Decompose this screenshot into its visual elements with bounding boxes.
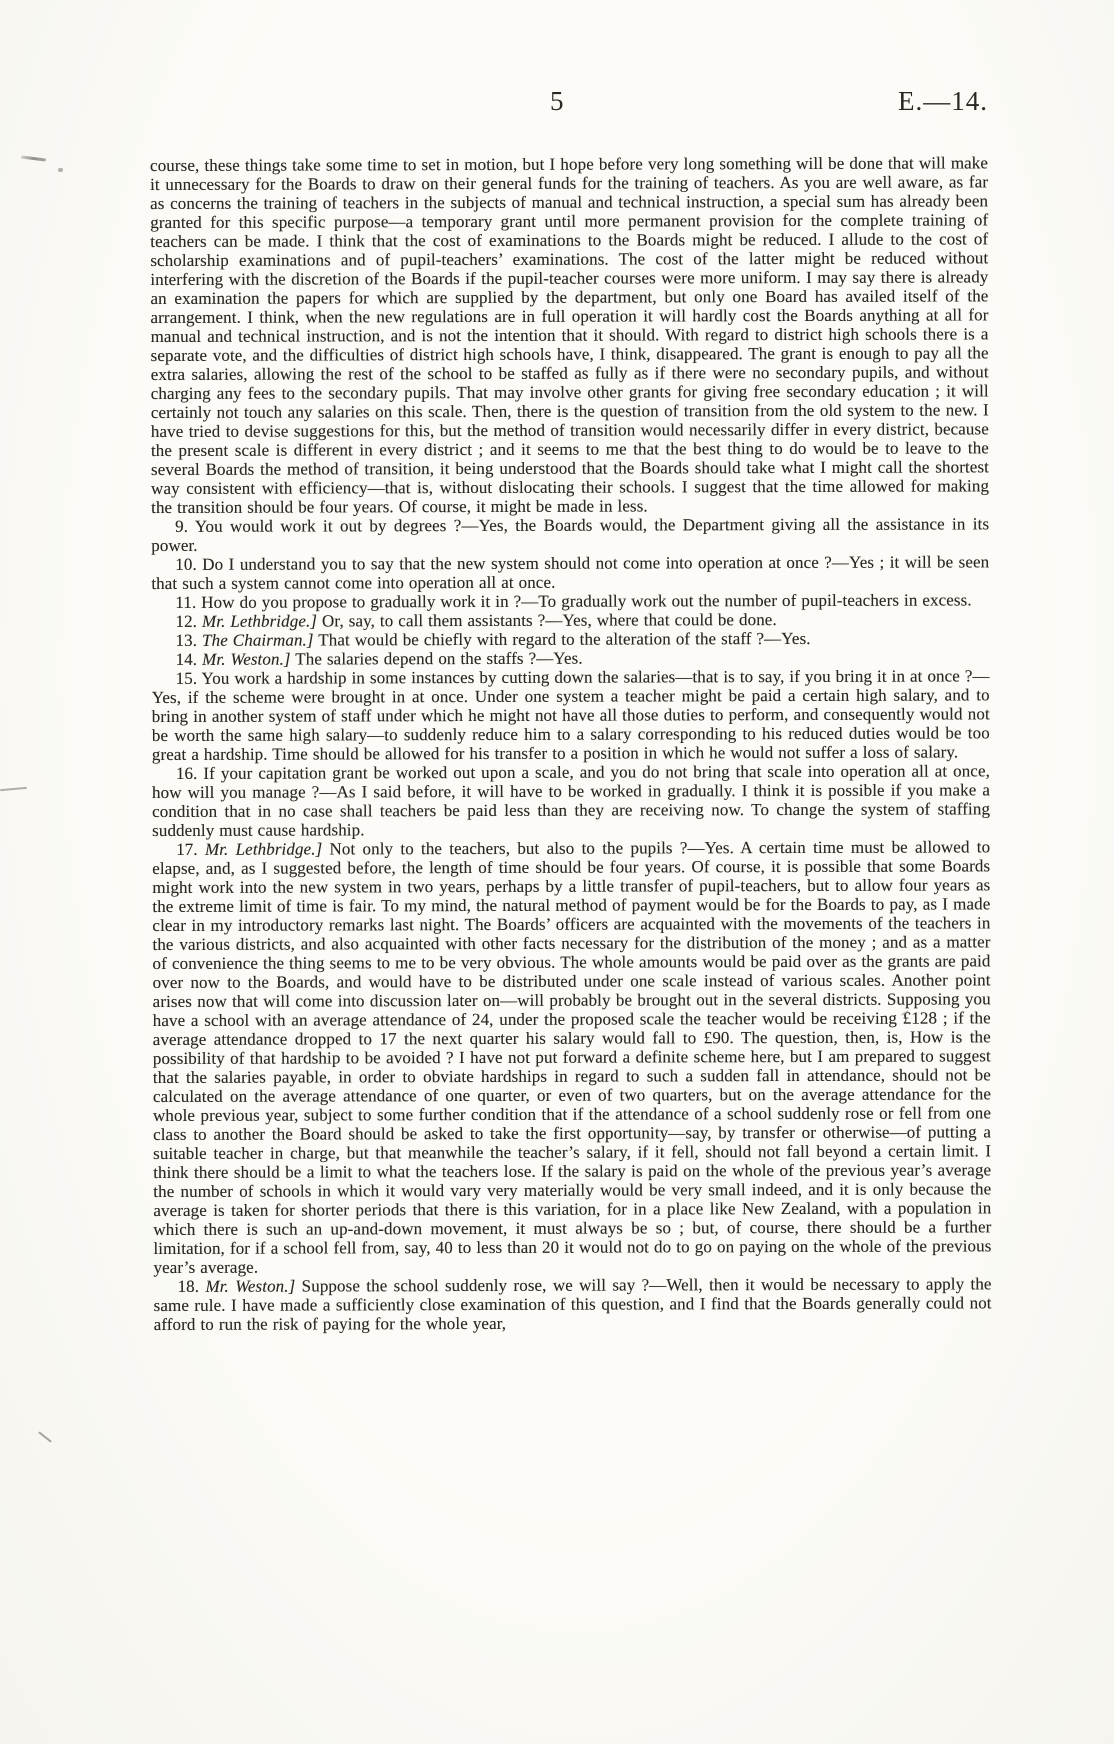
scan-artifact: [21, 155, 46, 161]
scanned-document-page: 5 E.—14. course, these things take some …: [0, 0, 1114, 1744]
document-code: E.—14.: [898, 86, 988, 117]
scan-artifact: [38, 1431, 52, 1442]
speaker-name: The Chairman.]: [202, 630, 314, 649]
paragraph: 11. How do you propose to gradually work…: [151, 590, 989, 612]
paragraph: 16. If your capitation grant be worked o…: [152, 761, 990, 840]
paragraph: 17. Mr. Lethbridge.] Not only to the tea…: [152, 837, 991, 1277]
speaker-name: Mr. Weston.]: [202, 650, 291, 669]
paragraph-text: Not only to the teachers, but also to th…: [152, 837, 991, 1277]
paragraph: 14. Mr. Weston.] The salaries depend on …: [152, 647, 990, 669]
paragraph-text: 9. You would work it out by degrees ?—Ye…: [151, 514, 989, 555]
speaker-name: Mr. Lethbridge.]: [205, 839, 322, 858]
paragraph-text: Or, say, to call them assistants ?—Yes, …: [317, 610, 777, 630]
paragraph-text: That would be chiefly with regard to the…: [314, 629, 811, 650]
paragraph-text: 17.: [176, 840, 205, 859]
scan-artifact: [58, 168, 63, 172]
paragraph-text: course, these things take some time to s…: [150, 153, 989, 517]
speaker-name: Mr. Lethbridge.]: [202, 611, 317, 630]
paragraph-text: 14.: [176, 650, 203, 669]
paragraph-text: 18.: [178, 1277, 206, 1296]
paragraph-text: 16. If your capitation grant be worked o…: [152, 761, 990, 840]
paragraph-text: The salaries depend on the staffs ?—Yes.: [291, 649, 583, 669]
page-header: 5 E.—14.: [150, 86, 988, 126]
scan-artifact: [0, 787, 27, 791]
paragraph-text: 12.: [175, 612, 202, 631]
paragraph: 13. The Chairman.] That would be chiefly…: [151, 628, 989, 650]
paragraph: 10. Do I understand you to say that the …: [151, 552, 989, 593]
paragraph: course, these things take some time to s…: [150, 153, 989, 517]
paragraph: 9. You would work it out by degrees ?—Ye…: [151, 514, 989, 555]
page-number: 5: [150, 86, 964, 117]
paragraph-text: 10. Do I understand you to say that the …: [151, 552, 989, 593]
paragraph-text: 15. You work a hardship in some instance…: [152, 666, 990, 764]
paragraph: 12. Mr. Lethbridge.] Or, say, to call th…: [151, 609, 989, 631]
paragraph: 18. Mr. Weston.] Suppose the school sudd…: [154, 1274, 992, 1334]
paragraph: 15. You work a hardship in some instance…: [152, 666, 990, 764]
document-body: course, these things take some time to s…: [150, 153, 992, 1334]
paragraph-text: 13.: [175, 631, 202, 650]
paragraph-text: 11. How do you propose to gradually work…: [175, 590, 971, 612]
speaker-name: Mr. Weston.]: [205, 1277, 295, 1296]
